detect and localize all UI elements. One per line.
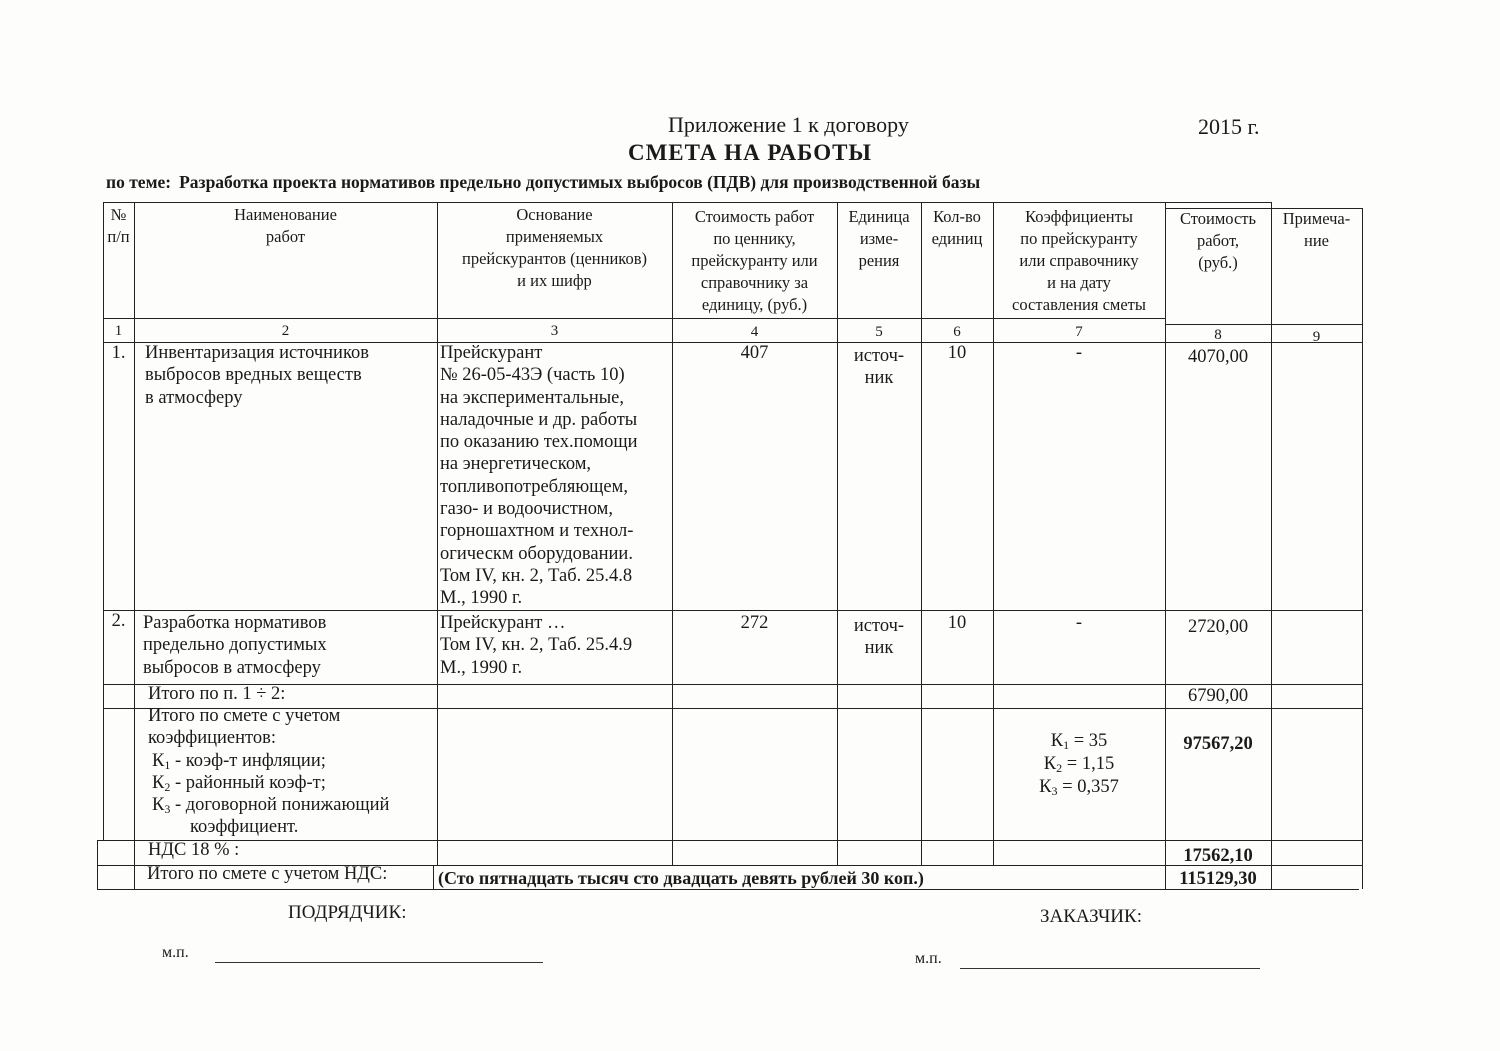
vat-cost: 17562,10 (1165, 845, 1271, 867)
coefficients-total-label: Итого по смете с учетом коэффициентов: (148, 705, 437, 750)
coefficient: - (993, 612, 1165, 634)
coefficients-total-cost: 97567,20 (1165, 733, 1271, 755)
quantity: 10 (921, 612, 993, 634)
grand-total-cost: 115129,30 (1165, 868, 1271, 890)
k2-value: К2 = 1,15 (993, 753, 1165, 775)
column-header-cost: Стоимость работ, (руб.) (1165, 208, 1271, 274)
work-name: Разработка нормативов предельно допустим… (143, 612, 437, 679)
work-cost: 2720,00 (1165, 616, 1271, 638)
row-number: 2. (103, 610, 134, 632)
column-number: 7 (993, 321, 1165, 343)
column-number: 1 (103, 320, 134, 342)
coefficient: - (993, 342, 1165, 364)
customer-signature-line (960, 968, 1260, 969)
column-header-note: Примеча- ние (1271, 208, 1362, 252)
column-number: 2 (134, 320, 437, 342)
column-number: 3 (437, 320, 672, 342)
contractor-label: ПОДРЯДЧИК: (288, 902, 406, 924)
work-cost: 4070,00 (1165, 346, 1271, 368)
unit: источ- ник (837, 345, 921, 390)
quantity: 10 (921, 342, 993, 364)
column-number: 6 (921, 321, 993, 343)
column-header-qty: Кол-во единиц (921, 206, 993, 250)
k3-value: К3 = 0,357 (993, 776, 1165, 798)
k2-definition: К2 - районный коэф-т; (152, 772, 437, 794)
k1-definition: К1 - коэф-т инфляции; (152, 750, 437, 772)
grand-total-in-words: (Сто пятнадцать тысяч сто двадцать девят… (438, 867, 1165, 889)
estimate-table-grid (0, 0, 1500, 1051)
stamp-place-left: м.п. (162, 944, 189, 962)
column-number: 4 (672, 321, 837, 343)
contractor-signature-line (215, 962, 543, 963)
column-header-coefficients: Коэффициенты по прейскуранту или справоч… (993, 206, 1165, 316)
stamp-place-right: м.п. (915, 950, 942, 968)
column-number: 9 (1271, 326, 1362, 348)
column-header-unit-price: Стоимость работ по ценнику, прейскуранту… (672, 206, 837, 316)
k3-definition-tail: коэффициент. (190, 816, 437, 838)
unit: источ- ник (837, 615, 921, 660)
column-header-basis: Основание применяемых прейскурантов (цен… (437, 204, 672, 292)
unit-price: 407 (672, 342, 837, 364)
column-header-name: Наименование работ (134, 204, 437, 248)
customer-label: ЗАКАЗЧИК: (1040, 906, 1142, 928)
price-basis: Прейскурант … Том IV, кн. 2, Таб. 25.4.9… (440, 612, 672, 679)
subtotal-label: Итого по п. 1 ÷ 2: (148, 683, 437, 705)
row-number: 1. (103, 342, 134, 364)
work-name: Инвентаризация источников выбросов вредн… (145, 342, 437, 409)
unit-price: 272 (672, 612, 837, 634)
price-basis: Прейскурант № 26-05-43Э (часть 10) на эк… (440, 342, 672, 610)
column-header-number: № п/п (103, 204, 134, 248)
k3-definition: К3 - договорной понижающий (152, 794, 437, 816)
subtotal-cost: 6790,00 (1165, 685, 1271, 707)
column-number: 5 (837, 321, 921, 343)
grand-total-label: Итого по смете с учетом НДС: (147, 863, 437, 885)
vat-label: НДС 18 % : (148, 839, 437, 861)
column-number: 8 (1165, 324, 1271, 346)
k1-value: К1 = 35 (993, 730, 1165, 752)
column-header-unit: Единица изме- рения (837, 206, 921, 272)
